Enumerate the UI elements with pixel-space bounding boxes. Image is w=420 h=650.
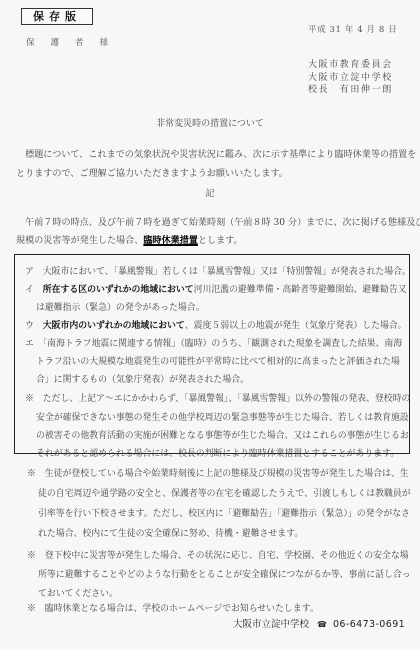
item-u-bold: 大阪市内のいずれかの地域において	[43, 321, 185, 331]
phone-icon: ☎	[317, 620, 327, 629]
box-note-line-1: ただし、上記ア～エにかかわらず、「暴風警報」、「暴風雪警報」以外の警報の発表、登…	[43, 394, 411, 404]
item-e-mark: エ	[25, 339, 34, 349]
issue-date: 平成 31 年 4 月 8 日	[308, 23, 397, 35]
note-3: ※ 臨時休業となる場合は、学校のホームページでお知らせいたします。	[27, 601, 319, 614]
item-a-mark: ア	[25, 267, 34, 277]
item-e: エ 「南海トラフ地震に関連する情報」（臨時）のうち、「観測された現象を調査した結…	[25, 336, 402, 349]
note-1-line-3: 引率等を行い下校させます。ただし、校区内に「避難勧告」「避難指示（緊急）」の発令…	[38, 506, 410, 519]
condition-line-1: 午前７時の時点、及び午前７時を過ぎて始業時刻（午前８時 30 分）までに、次に掲…	[16, 215, 420, 228]
box-note-line-4: それがあると認められる場合には、校長の判断により臨時休業措置とすることがあります…	[36, 446, 399, 459]
item-i: イ 所在する区のいずれかの地域において河川氾濫の避難準備・高齢者等避難開始、避難…	[25, 282, 407, 295]
note-3-mark: ※	[27, 604, 36, 614]
sender-principal: 校長 有田伸一朗	[308, 82, 393, 95]
item-i-cont: は避難指示（緊急）の発令があった場合。	[36, 300, 205, 313]
box-note-line-3: の被害その他教育活動の実施が困難となる事態等が生じた場合、又はこれらの事態が生じ…	[36, 428, 409, 441]
item-u: ウ 大阪市内のいずれかの地域において、震度５弱以上の地震が発生（気象庁発表）した…	[25, 318, 407, 331]
note-2: ※ 登下校中に災害等が発生した場合、その状況に応じ、自宅、学校園、その他近くの安…	[27, 548, 409, 561]
box-note: ※ ただし、上記ア～エにかかわらず、「暴風警報」、「暴風雪警報」以外の警報の発表…	[25, 391, 410, 404]
item-e-line-1: 「南海トラフ地震に関連する情報」（臨時）のうち、「観測された現象を調査した結果、…	[43, 339, 402, 349]
document-title: 非常変災時の措置について	[0, 116, 420, 129]
note-1-mark: ※	[27, 469, 36, 479]
footer-contact: 大阪市立淀中学校☎06-6473-0691	[233, 616, 405, 630]
condition-line-2: 規模の災害等が発生した場合、臨時休業措置とします。	[16, 233, 243, 246]
note-1: ※ 生徒が登校している場合や始業時刻後に上記の態様及び規模の災害等が発生した場合…	[27, 466, 409, 479]
note-2-line-3: ておいてください。	[38, 586, 118, 599]
intro-line-2: とりますので、ご理解ご協力いただきますようお願いいたします。	[16, 166, 288, 179]
footer-phone: 06-6473-0691	[333, 619, 405, 630]
item-i-rest: 河川氾濫の避難準備・高齢者等避難開始、避難勧告又	[194, 285, 407, 295]
item-i-mark: イ	[25, 285, 34, 295]
note-2-line-2: 所等に避難することやどのような行動をとることが安全確保につながるか等、事前に話し…	[38, 567, 411, 580]
box-note-mark: ※	[25, 394, 34, 404]
ki-heading: 記	[0, 186, 420, 199]
intro-line-1: 標題について、これまでの気象状況や災害状況に鑑み、次に示す基準により臨時休業等の…	[16, 147, 416, 160]
note-1-line-4: れた場合、校内にて生徒の安全確保に努め、待機・避難させます。	[38, 526, 303, 539]
item-a: ア 大阪市において、「暴風警報」若しくは「暴風雪警報」又は「特別警報」が発表され…	[25, 264, 411, 277]
item-u-rest: 、震度５弱以上の地震が発生（気象庁発表）した場合。	[185, 321, 407, 331]
note-2-line-1: 登下校中に災害等が発生した場合、その状況に応じ、自宅、学校園、その他近くの安全な…	[45, 551, 409, 561]
note-1-line-2: 徒の自宅周辺や通学路の安全と、保護者等の在宅を確認したうえで、引渡しもしくは教職…	[38, 486, 411, 499]
item-i-bold: 所在する区のいずれかの地域において	[43, 285, 194, 295]
footer-school: 大阪市立淀中学校	[233, 619, 309, 630]
addressee: 保護者様	[26, 36, 124, 48]
sender-board: 大阪市教育委員会	[308, 57, 393, 70]
condition-line-2-post: とします。	[198, 236, 243, 246]
item-u-mark: ウ	[25, 321, 34, 331]
note-1-line-1: 生徒が登校している場合や始業時刻後に上記の態様及び規模の災害等が発生した場合は、…	[45, 469, 409, 479]
preservation-stamp: 保存版	[21, 8, 93, 25]
closure-emphasis: 臨時休業措置	[143, 236, 198, 246]
item-e-line-3: 合」に関するもの（気象庁発表）が発表された場合。	[36, 372, 249, 385]
note-2-mark: ※	[27, 551, 36, 561]
item-e-line-2: トラフ沿いの大規模な地震発生の可能性が平常時に比べて相対的に高まったと評価された…	[36, 354, 400, 367]
box-note-line-2: 安全が確保できない事態の発生その他学校周辺の緊急事態等が生じた場合、若しくは教育…	[36, 410, 409, 423]
item-a-text: 大阪市において、「暴風警報」若しくは「暴風雪警報」又は「特別警報」が発表された場…	[43, 267, 411, 277]
condition-line-2-pre: 規模の災害等が発生した場合、	[16, 236, 143, 246]
note-3-line-1: 臨時休業となる場合は、学校のホームページでお知らせいたします。	[45, 604, 319, 614]
